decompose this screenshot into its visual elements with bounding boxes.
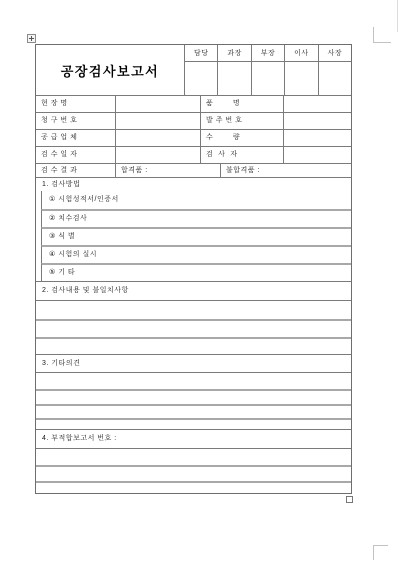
- approval-strip: 담당 과장 부장 이사 사장: [185, 45, 351, 95]
- order-number-label: 발 주 번 호: [200, 113, 283, 129]
- approval-label-sajang: 사장: [318, 45, 351, 61]
- approval-label-row: 담당 과장 부장 이사 사장: [185, 45, 351, 62]
- section-3-heading: 3. 기타의견: [36, 360, 80, 368]
- site-name-label: 현 장 명: [36, 96, 115, 112]
- section-4-blank-line[interactable]: [36, 448, 351, 465]
- approval-sign-box-damdang[interactable]: [185, 62, 217, 95]
- section-3-blank-line[interactable]: [36, 389, 351, 404]
- quantity-label: 수 량: [200, 130, 283, 146]
- request-number-label: 청 구 번 호: [36, 113, 115, 129]
- table-move-handle-icon[interactable]: [27, 34, 36, 43]
- section-2-blank-line[interactable]: [36, 300, 351, 319]
- table-resize-handle-icon[interactable]: [346, 496, 353, 503]
- method-item-1-label: ① 시험성적서/인증서: [42, 196, 119, 204]
- supplier-value[interactable]: [115, 130, 200, 146]
- inspection-report-table: 공장검사보고서 담당 과장 부장 이사 사장 현 장 명 품 명: [35, 44, 352, 494]
- section-3-heading-row: 3. 기타의견: [36, 354, 351, 372]
- approval-signature-row: [185, 62, 351, 95]
- section-2-blank-line[interactable]: [36, 337, 351, 354]
- section-4-heading[interactable]: 4. 부적합보고서 번호 :: [36, 435, 117, 443]
- window-edge-line: [397, 0, 398, 32]
- top-right-margin-crop-mark-icon: [373, 27, 391, 43]
- section-2-blank-line[interactable]: [36, 319, 351, 337]
- approval-sign-box-gwajang[interactable]: [217, 62, 250, 95]
- method-item-1[interactable]: ① 시험성적서/인증서: [41, 191, 351, 209]
- info-row-supplier-quantity: 공 급 업 체 수 량: [36, 129, 351, 146]
- info-row-request-order: 청 구 번 호 발 주 번 호: [36, 112, 351, 129]
- section-4-blank-line[interactable]: [36, 465, 351, 481]
- info-row-site-product: 현 장 명 품 명: [36, 95, 351, 112]
- approval-label-gwajang: 과장: [217, 45, 250, 61]
- section-3-blank-line[interactable]: [36, 372, 351, 389]
- inspection-result-row: 검 수 결 과 합격품 : 불합격품 :: [36, 163, 351, 177]
- method-item-3-label: ③ 식 별: [42, 233, 75, 241]
- supplier-label: 공 급 업 체: [36, 130, 115, 146]
- section-4-blank-line[interactable]: [36, 481, 351, 493]
- section-3-blank-line[interactable]: [36, 404, 351, 418]
- bottom-right-margin-crop-mark-icon: [373, 545, 388, 560]
- quantity-value[interactable]: [283, 130, 351, 146]
- page-title: 공장검사보고서: [61, 61, 159, 80]
- approval-label-bujang: 부장: [251, 45, 284, 61]
- inspector-label: 검 사 자: [200, 147, 283, 163]
- method-item-2[interactable]: ② 치수검사: [41, 209, 351, 227]
- section-3-blank-line[interactable]: [36, 418, 351, 429]
- info-row-date-inspector: 검 수 일 자 검 사 자: [36, 146, 351, 163]
- method-item-2-label: ② 치수검사: [42, 215, 87, 223]
- order-number-value[interactable]: [283, 113, 351, 129]
- approval-label-isa: 이사: [284, 45, 317, 61]
- product-name-label: 품 명: [200, 96, 283, 112]
- request-number-value[interactable]: [115, 113, 200, 129]
- report-title-cell: 공장검사보고서: [36, 45, 185, 95]
- section-1-heading-row: 1. 검사방법: [36, 177, 351, 191]
- method-item-5-label: ⑤ 기 타: [42, 269, 75, 277]
- method-item-4-label: ④ 시험의 실시: [42, 251, 97, 259]
- inspector-value[interactable]: [283, 147, 351, 163]
- approval-label-damdang: 담당: [185, 45, 217, 61]
- receipt-date-value[interactable]: [115, 147, 200, 163]
- method-item-5[interactable]: ⑤ 기 타: [41, 263, 351, 281]
- pass-items-field[interactable]: 합격품 :: [115, 164, 220, 177]
- receipt-date-label: 검 수 일 자: [36, 147, 115, 163]
- method-item-4[interactable]: ④ 시험의 실시: [41, 245, 351, 263]
- fail-items-field[interactable]: 불합격품 :: [220, 164, 351, 177]
- inspection-result-label: 검 수 결 과: [36, 164, 115, 177]
- section-1-heading: 1. 검사방법: [36, 181, 80, 189]
- method-item-3[interactable]: ③ 식 별: [41, 227, 351, 245]
- section-4-heading-row: 4. 부적합보고서 번호 :: [36, 429, 351, 448]
- header-row: 공장검사보고서 담당 과장 부장 이사 사장: [36, 45, 351, 95]
- section-2-heading: 2. 검사내용 및 불일치사항: [36, 287, 129, 295]
- approval-sign-box-sajang[interactable]: [318, 62, 351, 95]
- section-2-heading-row: 2. 검사내용 및 불일치사항: [36, 281, 351, 300]
- product-name-value[interactable]: [283, 96, 351, 112]
- site-name-value[interactable]: [115, 96, 200, 112]
- approval-sign-box-bujang[interactable]: [251, 62, 284, 95]
- approval-sign-box-isa[interactable]: [284, 62, 317, 95]
